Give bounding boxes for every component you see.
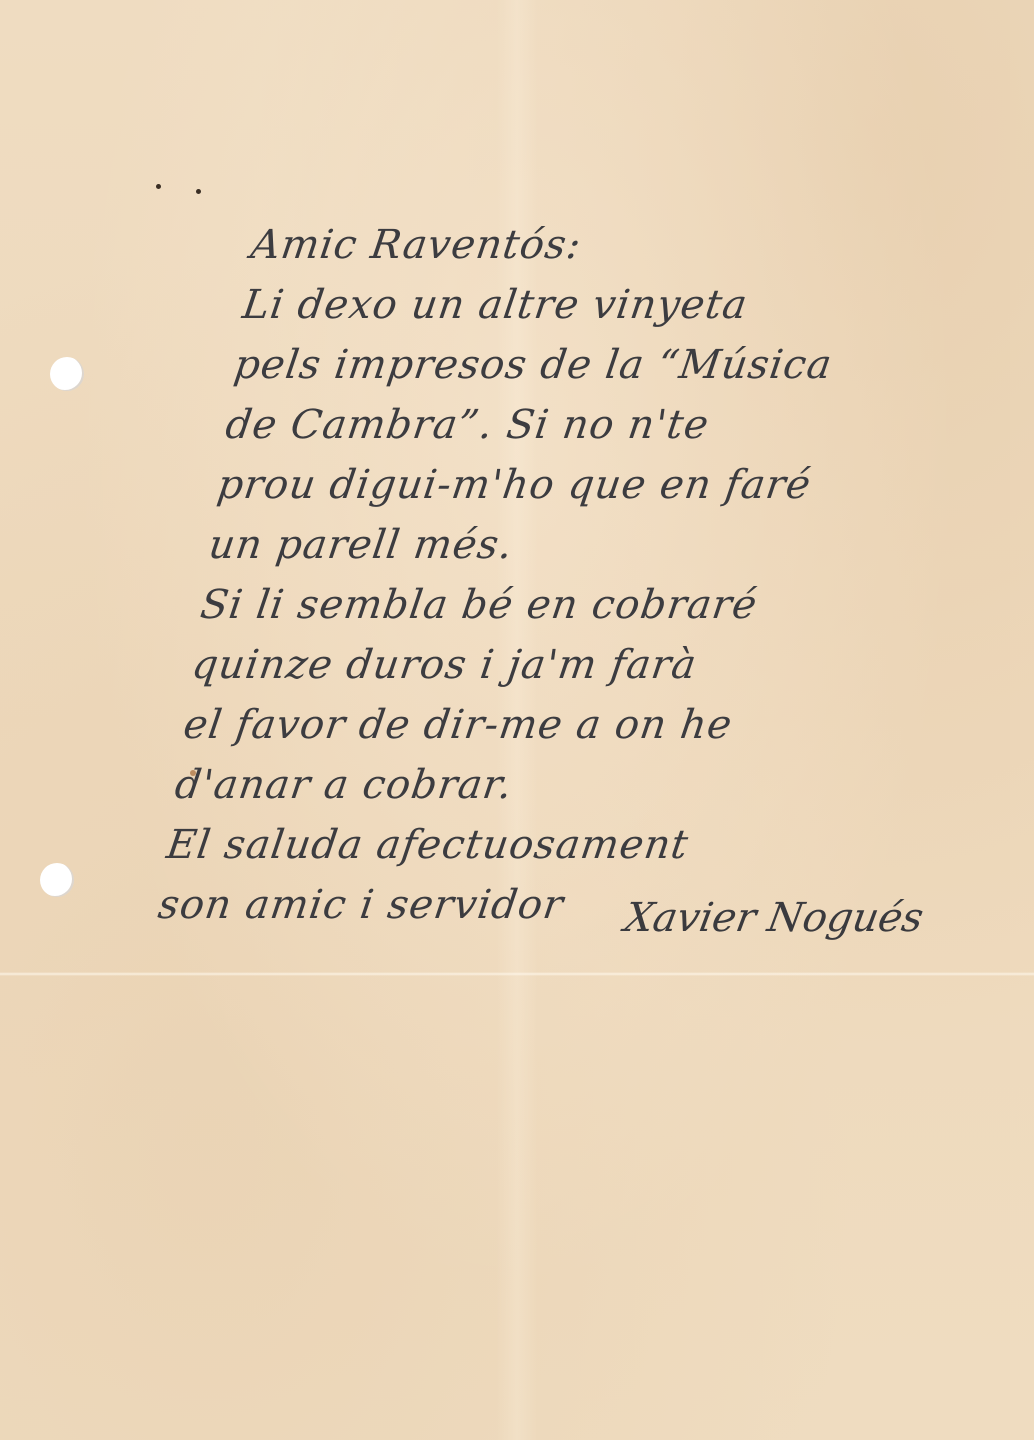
body-line-4: prou digui-m'ho que en faré — [213, 455, 1021, 515]
body-line-8: el favor de dir-me a on he — [180, 695, 988, 755]
body-line-7: quinze duros i ja'm farà — [188, 635, 996, 695]
letter-text: Amic Raventós: Li dexo un altre vinyeta … — [154, 215, 1034, 935]
punch-hole-bottom — [40, 863, 74, 897]
body-line-6: Si li sembla bé en cobraré — [197, 575, 1005, 635]
body-line-2: pels impresos de la “Música — [230, 335, 1034, 395]
signature: Xavier Nogués — [621, 895, 927, 941]
letter-sheet: Amic Raventós: Li dexo un altre vinyeta … — [0, 0, 1034, 1440]
salutation: Amic Raventós: — [247, 215, 1034, 275]
punch-hole-top — [50, 357, 84, 391]
body-line-3: de Cambra”. Si no n'te — [222, 395, 1030, 455]
horizontal-fold-line — [0, 972, 1034, 976]
body-line-5: un parell més. — [205, 515, 1013, 575]
body-line-9: d'anar a cobrar. — [171, 755, 979, 815]
ink-dot — [156, 184, 161, 189]
closing-line-1: El saluda afectuosament — [163, 815, 971, 875]
ink-dot — [196, 189, 201, 194]
body-line-1: Li dexo un altre vinyeta — [239, 275, 1034, 335]
